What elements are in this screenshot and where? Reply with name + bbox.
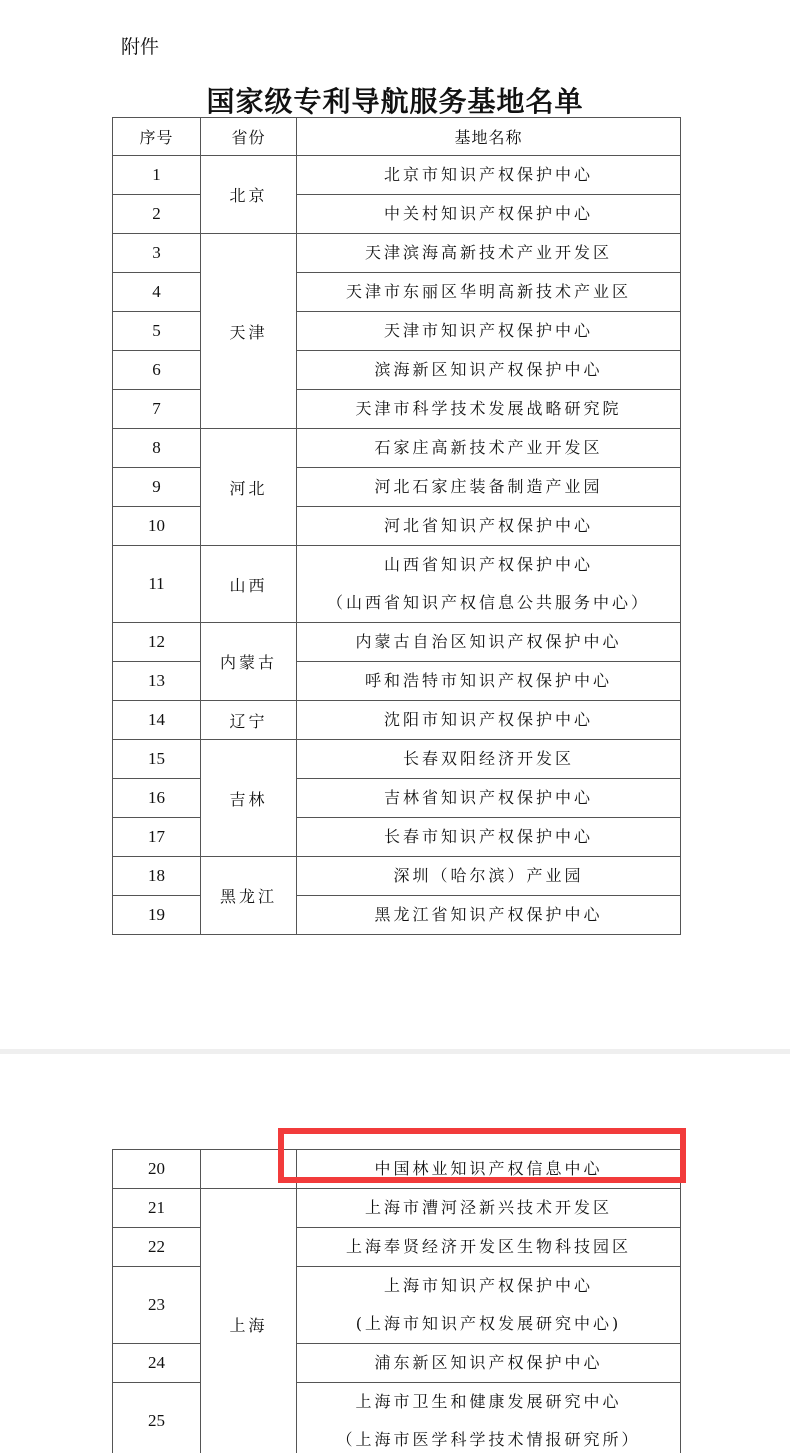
bases-table-page-1: 序号 省份 基地名称 1北京北京市知识产权保护中心2中关村知识产权保护中心3天津…: [112, 117, 681, 935]
base-name-cell: 河北省知识产权保护中心: [297, 507, 681, 546]
base-name-line: 天津市科学技术发展战略研究院: [297, 390, 680, 428]
table-row: 4天津市东丽区华明高新技术产业区: [113, 273, 681, 312]
base-name-line: 上海市漕河泾新兴技术开发区: [297, 1189, 680, 1227]
base-name-cell: 北京市知识产权保护中心: [297, 156, 681, 195]
row-number: 12: [113, 623, 201, 662]
base-name-line: 黑龙江省知识产权保护中心: [297, 896, 680, 934]
base-name-cell: 上海市漕河泾新兴技术开发区: [297, 1189, 681, 1228]
row-number: 16: [113, 779, 201, 818]
base-name-cell: 深圳（哈尔滨）产业园: [297, 857, 681, 896]
province-cell: 北京: [201, 156, 297, 234]
base-name-cell: 中关村知识产权保护中心: [297, 195, 681, 234]
base-name-line: 山西省知识产权保护中心: [297, 546, 680, 584]
row-number: 7: [113, 390, 201, 429]
table-row: 16吉林省知识产权保护中心: [113, 779, 681, 818]
province-cell: [201, 1150, 297, 1189]
row-number: 11: [113, 546, 201, 623]
base-name-cell: 天津滨海高新技术产业开发区: [297, 234, 681, 273]
base-name-line: 天津滨海高新技术产业开发区: [297, 234, 680, 272]
document-page-1: 附件 国家级专利导航服务基地名单 序号 省份 基地名称 1北京北京市知识产权保护…: [0, 0, 790, 1049]
base-name-line: 沈阳市知识产权保护中心: [297, 701, 680, 739]
base-name-line: 石家庄高新技术产业开发区: [297, 429, 680, 467]
base-name-cell: 山西省知识产权保护中心（山西省知识产权信息公共服务中心）: [297, 546, 681, 623]
table-header-row: 序号 省份 基地名称: [113, 118, 681, 156]
base-name-line: 上海奉贤经济开发区生物科技园区: [297, 1228, 680, 1266]
base-name-line: 呼和浩特市知识产权保护中心: [297, 662, 680, 700]
row-number: 13: [113, 662, 201, 701]
row-number: 20: [113, 1150, 201, 1189]
row-number: 22: [113, 1228, 201, 1267]
base-name-cell: 长春双阳经济开发区: [297, 740, 681, 779]
base-name-line: 内蒙古自治区知识产权保护中心: [297, 623, 680, 661]
base-name-cell: 长春市知识产权保护中心: [297, 818, 681, 857]
base-name-line: (上海市知识产权发展研究中心): [297, 1305, 680, 1343]
base-name-cell: 黑龙江省知识产权保护中心: [297, 896, 681, 935]
table-row: 22上海奉贤经济开发区生物科技园区: [113, 1228, 681, 1267]
base-name-line: 长春双阳经济开发区: [297, 740, 680, 778]
row-number: 19: [113, 896, 201, 935]
row-number: 14: [113, 701, 201, 740]
row-number: 9: [113, 468, 201, 507]
base-name-cell: 天津市知识产权保护中心: [297, 312, 681, 351]
base-name-cell: 中国林业知识产权信息中心: [297, 1150, 681, 1189]
base-name-cell: 河北石家庄装备制造产业园: [297, 468, 681, 507]
table-row: 21上海上海市漕河泾新兴技术开发区: [113, 1189, 681, 1228]
table-row: 9河北石家庄装备制造产业园: [113, 468, 681, 507]
row-number: 3: [113, 234, 201, 273]
document-title: 国家级专利导航服务基地名单: [0, 80, 790, 120]
bases-table-page-2: 20中国林业知识产权信息中心21上海上海市漕河泾新兴技术开发区22上海奉贤经济开…: [112, 1149, 681, 1453]
table-row: 13呼和浩特市知识产权保护中心: [113, 662, 681, 701]
row-number: 25: [113, 1383, 201, 1453]
base-name-line: 河北省知识产权保护中心: [297, 507, 680, 545]
row-number: 18: [113, 857, 201, 896]
column-header-base-name: 基地名称: [297, 118, 681, 156]
table-row: 3天津天津滨海高新技术产业开发区: [113, 234, 681, 273]
table-body-page-1: 1北京北京市知识产权保护中心2中关村知识产权保护中心3天津天津滨海高新技术产业开…: [113, 156, 681, 935]
base-name-line: 浦东新区知识产权保护中心: [297, 1344, 680, 1382]
table-row: 23上海市知识产权保护中心(上海市知识产权发展研究中心): [113, 1267, 681, 1344]
row-number: 10: [113, 507, 201, 546]
row-number: 2: [113, 195, 201, 234]
table-row: 15吉林长春双阳经济开发区: [113, 740, 681, 779]
base-name-line: 吉林省知识产权保护中心: [297, 779, 680, 817]
table-row: 17长春市知识产权保护中心: [113, 818, 681, 857]
province-cell: 内蒙古: [201, 623, 297, 701]
province-cell: 山西: [201, 546, 297, 623]
document-page-2: 20中国林业知识产权信息中心21上海上海市漕河泾新兴技术开发区22上海奉贤经济开…: [0, 1054, 790, 1453]
base-name-line: 天津市知识产权保护中心: [297, 312, 680, 350]
table-row: 2中关村知识产权保护中心: [113, 195, 681, 234]
base-name-line: 上海市卫生和健康发展研究中心: [297, 1383, 680, 1421]
base-name-cell: 天津市东丽区华明高新技术产业区: [297, 273, 681, 312]
attachment-label: 附件: [121, 32, 159, 59]
base-name-line: 北京市知识产权保护中心: [297, 156, 680, 194]
province-cell: 黑龙江: [201, 857, 297, 935]
table-row: 10河北省知识产权保护中心: [113, 507, 681, 546]
base-name-line: 深圳（哈尔滨）产业园: [297, 857, 680, 895]
province-cell: 吉林: [201, 740, 297, 857]
base-name-cell: 上海市知识产权保护中心(上海市知识产权发展研究中心): [297, 1267, 681, 1344]
table-row: 1北京北京市知识产权保护中心: [113, 156, 681, 195]
base-name-line: 河北石家庄装备制造产业园: [297, 468, 680, 506]
row-number: 5: [113, 312, 201, 351]
base-name-cell: 呼和浩特市知识产权保护中心: [297, 662, 681, 701]
province-cell: 上海: [201, 1189, 297, 1453]
base-name-cell: 石家庄高新技术产业开发区: [297, 429, 681, 468]
province-cell: 天津: [201, 234, 297, 429]
base-name-line: 滨海新区知识产权保护中心: [297, 351, 680, 389]
table-row: 7天津市科学技术发展战略研究院: [113, 390, 681, 429]
base-name-line: 长春市知识产权保护中心: [297, 818, 680, 856]
table-row: 8河北石家庄高新技术产业开发区: [113, 429, 681, 468]
table-row: 24浦东新区知识产权保护中心: [113, 1344, 681, 1383]
row-number: 4: [113, 273, 201, 312]
base-name-line: 天津市东丽区华明高新技术产业区: [297, 273, 680, 311]
table-row: 11山西山西省知识产权保护中心（山西省知识产权信息公共服务中心）: [113, 546, 681, 623]
row-number: 6: [113, 351, 201, 390]
table-row: 12内蒙古内蒙古自治区知识产权保护中心: [113, 623, 681, 662]
table-row: 20中国林业知识产权信息中心: [113, 1150, 681, 1189]
base-name-cell: 内蒙古自治区知识产权保护中心: [297, 623, 681, 662]
base-name-line: 上海市知识产权保护中心: [297, 1267, 680, 1305]
row-number: 8: [113, 429, 201, 468]
table-row: 18黑龙江深圳（哈尔滨）产业园: [113, 857, 681, 896]
base-name-cell: 上海奉贤经济开发区生物科技园区: [297, 1228, 681, 1267]
row-number: 17: [113, 818, 201, 857]
table-body-page-2: 20中国林业知识产权信息中心21上海上海市漕河泾新兴技术开发区22上海奉贤经济开…: [113, 1150, 681, 1453]
row-number: 24: [113, 1344, 201, 1383]
base-name-line: （上海市医学科学技术情报研究所）: [297, 1421, 680, 1453]
base-name-line: 中国林业知识产权信息中心: [297, 1150, 680, 1188]
base-name-cell: 上海市卫生和健康发展研究中心（上海市医学科学技术情报研究所）: [297, 1383, 681, 1453]
table-row: 19黑龙江省知识产权保护中心: [113, 896, 681, 935]
row-number: 21: [113, 1189, 201, 1228]
base-name-cell: 天津市科学技术发展战略研究院: [297, 390, 681, 429]
base-name-cell: 浦东新区知识产权保护中心: [297, 1344, 681, 1383]
table-row: 5天津市知识产权保护中心: [113, 312, 681, 351]
row-number: 15: [113, 740, 201, 779]
table-row: 6滨海新区知识产权保护中心: [113, 351, 681, 390]
base-name-cell: 吉林省知识产权保护中心: [297, 779, 681, 818]
row-number: 23: [113, 1267, 201, 1344]
base-name-line: 中关村知识产权保护中心: [297, 195, 680, 233]
province-cell: 河北: [201, 429, 297, 546]
base-name-line: （山西省知识产权信息公共服务中心）: [297, 584, 680, 622]
row-number: 1: [113, 156, 201, 195]
column-header-number: 序号: [113, 118, 201, 156]
table-row: 14辽宁沈阳市知识产权保护中心: [113, 701, 681, 740]
base-name-cell: 滨海新区知识产权保护中心: [297, 351, 681, 390]
province-cell: 辽宁: [201, 701, 297, 740]
column-header-province: 省份: [201, 118, 297, 156]
base-name-cell: 沈阳市知识产权保护中心: [297, 701, 681, 740]
table-row: 25上海市卫生和健康发展研究中心（上海市医学科学技术情报研究所）: [113, 1383, 681, 1453]
